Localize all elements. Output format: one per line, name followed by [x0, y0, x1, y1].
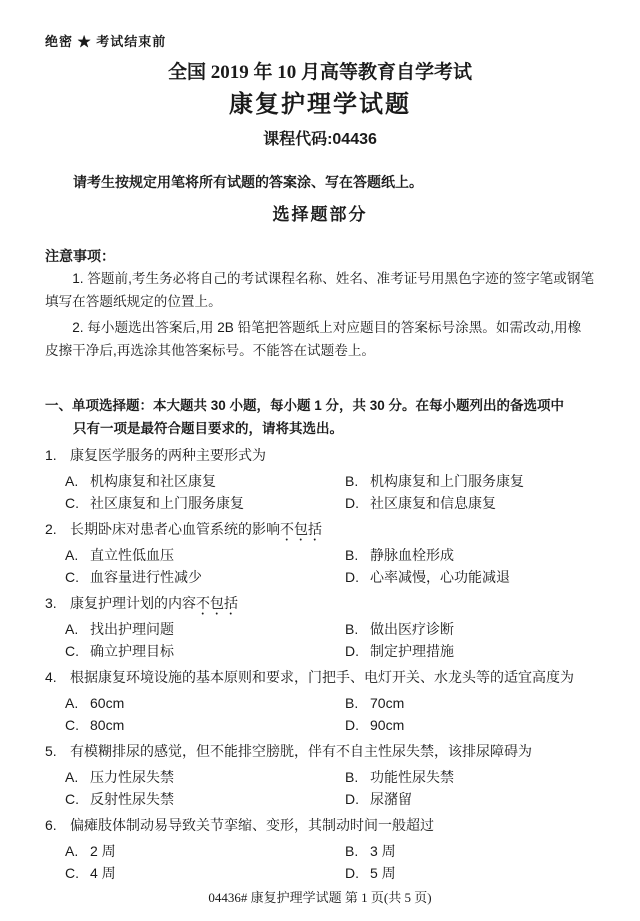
option-text: 制定护理措施 — [370, 643, 454, 659]
question-stem-text: 康复护理计划的内容 — [70, 595, 196, 611]
question-1-option-d: D.社区康复和信息康复 — [345, 492, 496, 514]
question-2-option-b: B.静脉血栓形成 — [345, 544, 454, 566]
option-text: 机构康复和上门服务康复 — [370, 473, 524, 489]
section-title: 选择题部分 — [0, 205, 640, 225]
option-text: 3 周 — [370, 843, 396, 859]
question-stem-text: 康复医学服务的两种主要形式为 — [70, 447, 266, 463]
option-label: B. — [345, 766, 370, 788]
question-4: 4.根据康复环境设施的基本原则和要求，门把手、电灯开关、水龙头等的适宜高度为 A… — [0, 666, 640, 736]
question-3-options-row-1: A.找出护理问题 B.做出医疗诊断 — [65, 618, 640, 640]
course-code: 课程代码:04436 — [0, 130, 640, 149]
question-6-option-d: D.5 周 — [345, 862, 396, 884]
option-text: 反射性尿失禁 — [90, 791, 174, 807]
option-text: 社区康复和信息康复 — [370, 495, 496, 511]
question-4-option-d: D.90cm — [345, 714, 404, 736]
option-text: 机构康复和社区康复 — [90, 473, 216, 489]
option-text: 静脉血栓形成 — [370, 547, 454, 563]
question-2: 2.长期卧床对患者心血管系统的影响不包括 A.直立性低血压 B.静脉血栓形成 C… — [0, 518, 640, 588]
option-label: C. — [65, 714, 90, 736]
note-1-line-2: 填写在答题纸规定的位置上。 — [45, 290, 595, 313]
question-2-option-d: D.心率减慢，心功能减退 — [345, 566, 510, 588]
paper-title: 康复护理学试题 — [0, 91, 640, 119]
question-6-options-row-1: A.2 周 B.3 周 — [65, 840, 640, 862]
option-label: B. — [345, 692, 370, 714]
option-label: A. — [65, 840, 90, 862]
question-4-options-row-2: C.80cm D.90cm — [65, 714, 640, 736]
question-stem-text: 有模糊排尿的感觉，但不能排空膀胱，伴有不自主性尿失禁，该排尿障碍为 — [70, 743, 532, 759]
question-6-option-b: B.3 周 — [345, 840, 396, 862]
question-5: 5.有模糊排尿的感觉，但不能排空膀胱，伴有不自主性尿失禁，该排尿障碍为 A.压力… — [0, 740, 640, 810]
question-1-options-row-2: C.社区康复和上门服务康复 D.社区康复和信息康复 — [65, 492, 640, 514]
part-heading-line-1: 一、单项选择题：本大题共 30 小题，每小题 1 分，共 30 分。在每小题列出… — [45, 394, 595, 417]
question-3-option-b: B.做出医疗诊断 — [345, 618, 454, 640]
option-label: C. — [65, 566, 90, 588]
option-label: B. — [345, 470, 370, 492]
option-label: D. — [345, 492, 370, 514]
question-number: 4. — [45, 666, 70, 688]
question-4-option-b: B.70cm — [345, 692, 404, 714]
exam-paper-page: 绝密 ★ 考试结束前 全国 2019 年 10 月高等教育自学考试 康复护理学试… — [0, 0, 640, 921]
option-label: B. — [345, 618, 370, 640]
question-2-options-row-1: A.直立性低血压 B.静脉血栓形成 — [65, 544, 640, 566]
question-1-options-row-1: A.机构康复和社区康复 B.机构康复和上门服务康复 — [65, 470, 640, 492]
question-2-option-c: C.血容量进行性减少 — [65, 566, 345, 588]
option-text: 社区康复和上门服务康复 — [90, 495, 244, 511]
question-5-option-c: C.反射性尿失禁 — [65, 788, 345, 810]
option-text: 70cm — [370, 695, 404, 711]
question-4-options-row-1: A.60cm B.70cm — [65, 692, 640, 714]
option-text: 功能性尿失禁 — [370, 769, 454, 785]
option-text: 60cm — [90, 695, 124, 711]
question-6-options-row-2: C.4 周 D.5 周 — [65, 862, 640, 884]
option-label: A. — [65, 544, 90, 566]
page-footer: 04436# 康复护理学试题 第 1 页(共 5 页) — [0, 890, 640, 906]
option-label: B. — [345, 840, 370, 862]
option-text: 80cm — [90, 717, 124, 733]
option-label: D. — [345, 862, 370, 884]
option-label: D. — [345, 714, 370, 736]
option-label: A. — [65, 470, 90, 492]
option-text: 尿潴留 — [370, 791, 412, 807]
option-label: D. — [345, 566, 370, 588]
option-text: 确立护理目标 — [90, 643, 174, 659]
question-6: 6.偏瘫肢体制动易导致关节挛缩、变形，其制动时间一般超过 A.2 周 B.3 周… — [0, 814, 640, 884]
question-5-options-row-2: C.反射性尿失禁 D.尿潴留 — [65, 788, 640, 810]
question-5-options-row-1: A.压力性尿失禁 B.功能性尿失禁 — [65, 766, 640, 788]
option-label: A. — [65, 618, 90, 640]
option-label: C. — [65, 640, 90, 662]
option-label: C. — [65, 788, 90, 810]
option-text: 做出医疗诊断 — [370, 621, 454, 637]
option-text: 90cm — [370, 717, 404, 733]
question-6-option-a: A.2 周 — [65, 840, 345, 862]
question-5-stem: 5.有模糊排尿的感觉，但不能排空膀胱，伴有不自主性尿失禁，该排尿障碍为 — [45, 740, 640, 766]
option-text: 压力性尿失禁 — [90, 769, 174, 785]
question-4-option-c: C.80cm — [65, 714, 345, 736]
exam-session-title: 全国 2019 年 10 月高等教育自学考试 — [0, 62, 640, 84]
note-2-line-2: 皮擦干净后,再选涂其他答案标号。不能答在试题卷上。 — [45, 339, 595, 362]
question-1: 1.康复医学服务的两种主要形式为 A.机构康复和社区康复 B.机构康复和上门服务… — [0, 444, 640, 514]
question-3-options-row-2: C.确立护理目标 D.制定护理措施 — [65, 640, 640, 662]
question-stem-text: 偏瘫肢体制动易导致关节挛缩、变形，其制动时间一般超过 — [70, 817, 434, 833]
question-4-stem: 4.根据康复环境设施的基本原则和要求，门把手、电灯开关、水龙头等的适宜高度为 — [45, 666, 640, 692]
question-stem-text: 长期卧床对患者心血管系统的影响 — [70, 521, 280, 537]
question-list: 1.康复医学服务的两种主要形式为 A.机构康复和社区康复 B.机构康复和上门服务… — [0, 444, 640, 884]
part-one-heading: 一、单项选择题：本大题共 30 小题，每小题 1 分，共 30 分。在每小题列出… — [45, 394, 595, 440]
question-5-option-b: B.功能性尿失禁 — [345, 766, 454, 788]
question-1-option-a: A.机构康复和社区康复 — [65, 470, 345, 492]
question-number: 5. — [45, 740, 70, 762]
question-1-stem: 1.康复医学服务的两种主要形式为 — [45, 444, 640, 470]
option-label: A. — [65, 766, 90, 788]
question-6-stem: 6.偏瘫肢体制动易导致关节挛缩、变形，其制动时间一般超过 — [45, 814, 640, 840]
option-label: D. — [345, 640, 370, 662]
answer-instruction: 请考生按规定用笔将所有试题的答案涂、写在答题纸上。 — [45, 171, 595, 193]
question-3-option-d: D.制定护理措施 — [345, 640, 454, 662]
option-label: A. — [65, 692, 90, 714]
question-number: 6. — [45, 814, 70, 836]
question-stem-emphasis: 不包括 — [280, 521, 322, 537]
question-2-options-row-2: C.血容量进行性减少 D.心率减慢，心功能减退 — [65, 566, 640, 588]
question-3-stem: 3.康复护理计划的内容不包括 — [45, 592, 640, 618]
question-number: 2. — [45, 518, 70, 540]
question-5-option-a: A.压力性尿失禁 — [65, 766, 345, 788]
option-label: D. — [345, 788, 370, 810]
question-number: 1. — [45, 444, 70, 466]
option-text: 血容量进行性减少 — [90, 569, 202, 585]
question-2-stem: 2.长期卧床对患者心血管系统的影响不包括 — [45, 518, 640, 544]
note-1-line-1: 1. 答题前,考生务必将自己的考试课程名称、姓名、准考证号用黑色字迹的签字笔或钢… — [45, 267, 595, 290]
option-text: 找出护理问题 — [90, 621, 174, 637]
question-5-option-d: D.尿潴留 — [345, 788, 412, 810]
option-text: 心率减慢，心功能减退 — [370, 569, 510, 585]
question-4-option-a: A.60cm — [65, 692, 345, 714]
secrecy-label: 绝密 ★ 考试结束前 — [45, 34, 640, 49]
question-1-option-b: B.机构康复和上门服务康复 — [345, 470, 524, 492]
part-heading-line-2: 只有一项是最符合题目要求的，请将其选出。 — [45, 417, 595, 440]
notes-title: 注意事项： — [45, 245, 595, 267]
question-stem-text: 根据康复环境设施的基本原则和要求，门把手、电灯开关、水龙头等的适宜高度为 — [70, 669, 574, 685]
question-2-option-a: A.直立性低血压 — [65, 544, 345, 566]
question-stem-emphasis: 不包括 — [196, 595, 238, 611]
option-text: 直立性低血压 — [90, 547, 174, 563]
option-label: C. — [65, 862, 90, 884]
question-3: 3.康复护理计划的内容不包括 A.找出护理问题 B.做出医疗诊断 C.确立护理目… — [0, 592, 640, 662]
option-label: B. — [345, 544, 370, 566]
option-text: 5 周 — [370, 865, 396, 881]
option-label: C. — [65, 492, 90, 514]
question-6-option-c: C.4 周 — [65, 862, 345, 884]
option-text: 2 周 — [90, 843, 116, 859]
question-3-option-a: A.找出护理问题 — [65, 618, 345, 640]
question-number: 3. — [45, 592, 70, 614]
option-text: 4 周 — [90, 865, 116, 881]
question-1-option-c: C.社区康复和上门服务康复 — [65, 492, 345, 514]
question-3-option-c: C.确立护理目标 — [65, 640, 345, 662]
note-2-line-1: 2. 每小题选出答案后,用 2B 铅笔把答题纸上对应题目的答案标号涂黑。如需改动… — [45, 316, 595, 339]
